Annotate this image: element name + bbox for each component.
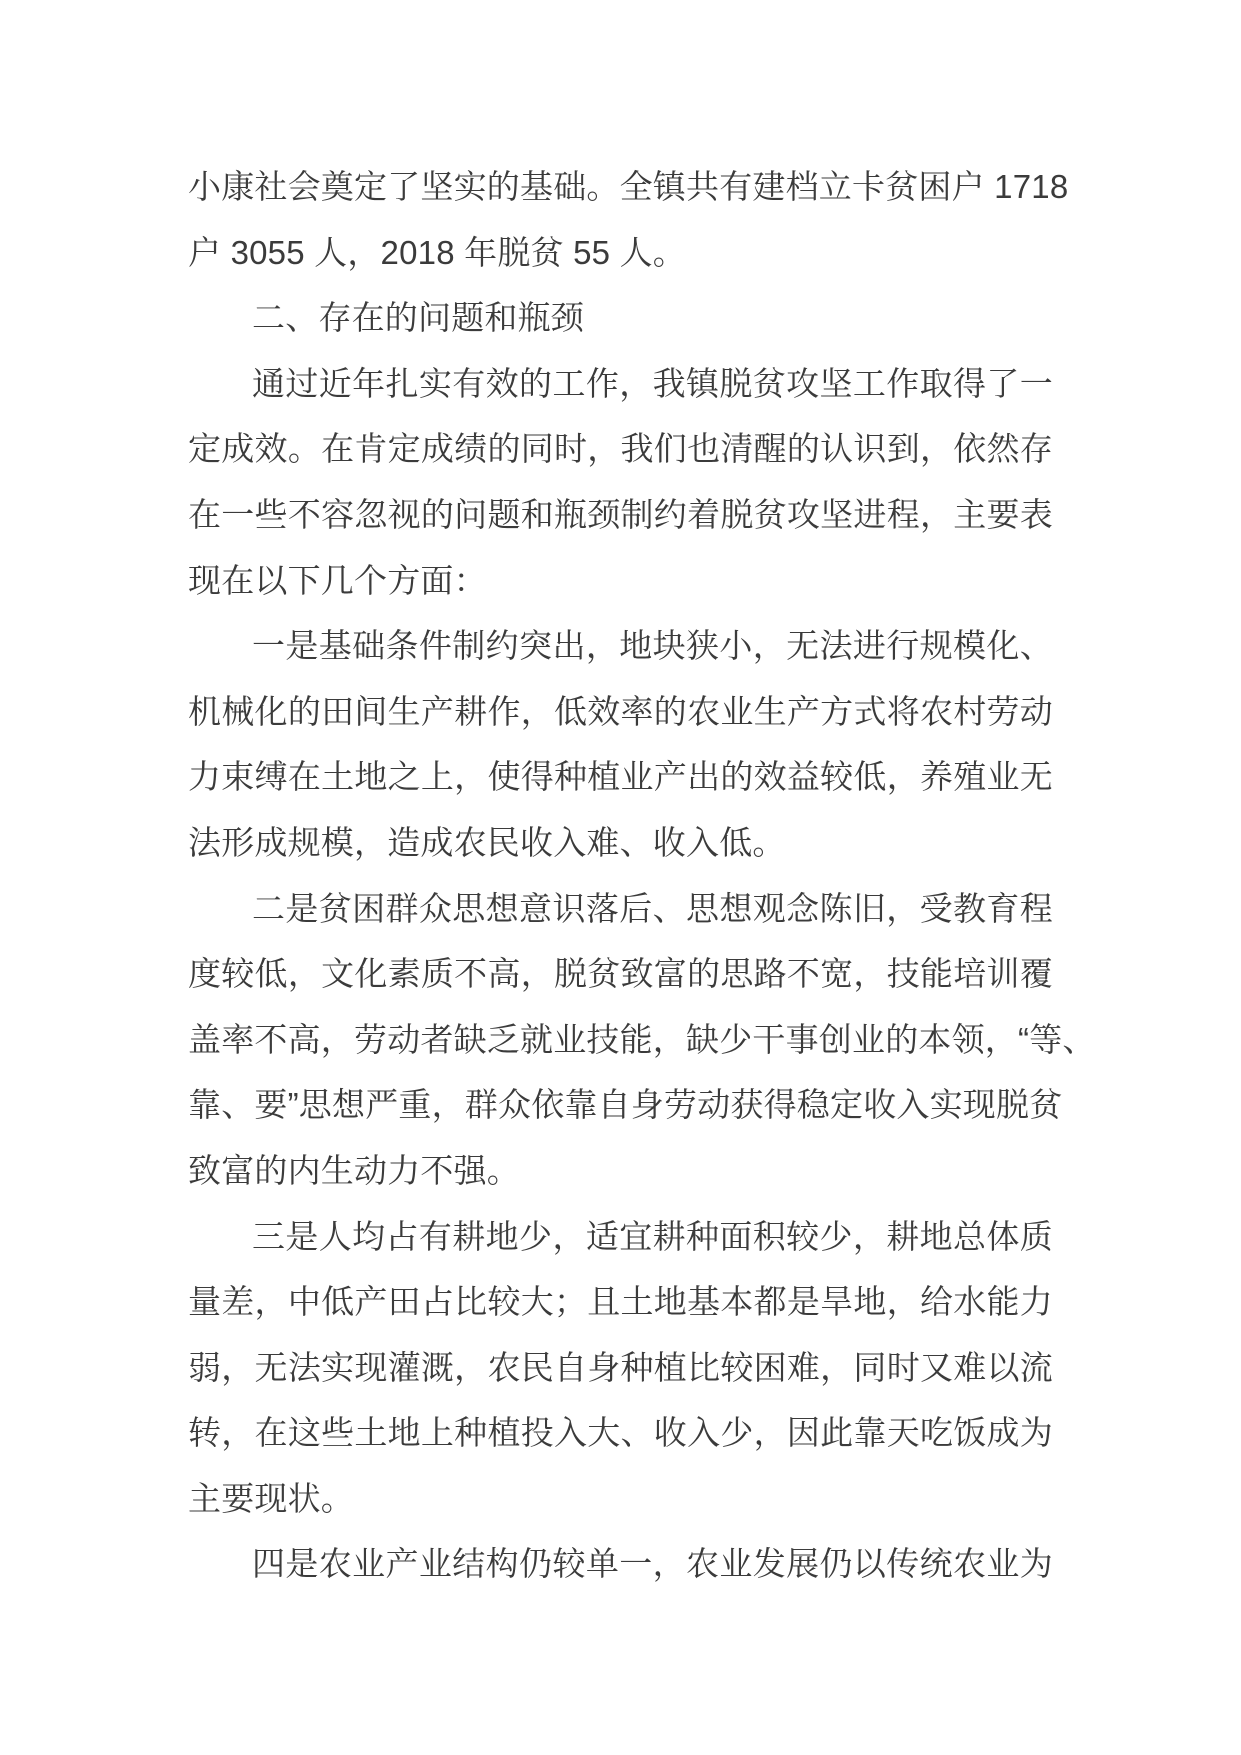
text-line: 度较低，文化素质不高，脱贫致富的思路不宽，技能培训覆 (188, 941, 1053, 1007)
page-text-block: 小康社会奠定了坚实的基础。全镇共有建档立卡贫困户 1718 户 3055 人，2… (188, 154, 1053, 1597)
text-line: 致富的内生动力不强。 (188, 1138, 1053, 1204)
paragraph-issue-2: 二是贫困群众思想意识落后、思想观念陈旧，受教育程 度较低，文化素质不高，脱贫致富… (188, 876, 1053, 1204)
text-line: 靠、要”思想严重，群众依靠自身劳动获得稳定收入实现脱贫 (188, 1072, 1053, 1138)
paragraph-issue-3: 三是人均占有耕地少，适宜耕种面积较少，耕地总体质 量差，中低产田占比较大；且土地… (188, 1204, 1053, 1532)
text-line: 盖率不高，劳动者缺乏就业技能，缺少干事创业的本领，“等、 (188, 1007, 1053, 1073)
text-line: 定成效。在肯定成绩的同时，我们也清醒的认识到，依然存 (188, 416, 1053, 482)
text-line: 机械化的田间生产耕作，低效率的农业生产方式将农村劳动 (188, 679, 1053, 745)
paragraph-overview: 通过近年扎实有效的工作，我镇脱贫攻坚工作取得了一 定成效。在肯定成绩的同时，我们… (188, 351, 1053, 613)
text-line: 现在以下几个方面： (188, 548, 1053, 614)
text-line: 弱，无法实现灌溉，农民自身种植比较困难，同时又难以流 (188, 1335, 1053, 1401)
text-line: 通过近年扎实有效的工作，我镇脱贫攻坚工作取得了一 (188, 351, 1053, 417)
text-line: 法形成规模，造成农民收入难、收入低。 (188, 810, 1053, 876)
section-heading: 二、存在的问题和瓶颈 (188, 285, 1053, 351)
heading-line: 二、存在的问题和瓶颈 (188, 285, 1053, 351)
text-line: 二是贫困群众思想意识落后、思想观念陈旧，受教育程 (188, 876, 1053, 942)
text-line: 转，在这些土地上种植投入大、收入少，因此靠天吃饭成为 (188, 1400, 1053, 1466)
text-line: 主要现状。 (188, 1466, 1053, 1532)
text-line: 小康社会奠定了坚实的基础。全镇共有建档立卡贫困户 1718 (188, 154, 1053, 220)
text-line: 量差，中低产田占比较大；且土地基本都是旱地，给水能力 (188, 1269, 1053, 1335)
text-line: 四是农业产业结构仍较单一，农业发展仍以传统农业为 (188, 1531, 1053, 1597)
text-line: 户 3055 人，2018 年脱贫 55 人。 (188, 220, 1053, 286)
document-page: 小康社会奠定了坚实的基础。全镇共有建档立卡贫困户 1718 户 3055 人，2… (0, 0, 1241, 1755)
text-line: 在一些不容忽视的问题和瓶颈制约着脱贫攻坚进程，主要表 (188, 482, 1053, 548)
text-line: 三是人均占有耕地少，适宜耕种面积较少，耕地总体质 (188, 1204, 1053, 1270)
text-line: 力束缚在土地之上，使得种植业产出的效益较低，养殖业无 (188, 744, 1053, 810)
text-line: 一是基础条件制约突出，地块狭小，无法进行规模化、 (188, 613, 1053, 679)
paragraph-continuation: 小康社会奠定了坚实的基础。全镇共有建档立卡贫困户 1718 户 3055 人，2… (188, 154, 1053, 285)
paragraph-issue-4: 四是农业产业结构仍较单一，农业发展仍以传统农业为 (188, 1531, 1053, 1597)
paragraph-issue-1: 一是基础条件制约突出，地块狭小，无法进行规模化、 机械化的田间生产耕作，低效率的… (188, 613, 1053, 875)
